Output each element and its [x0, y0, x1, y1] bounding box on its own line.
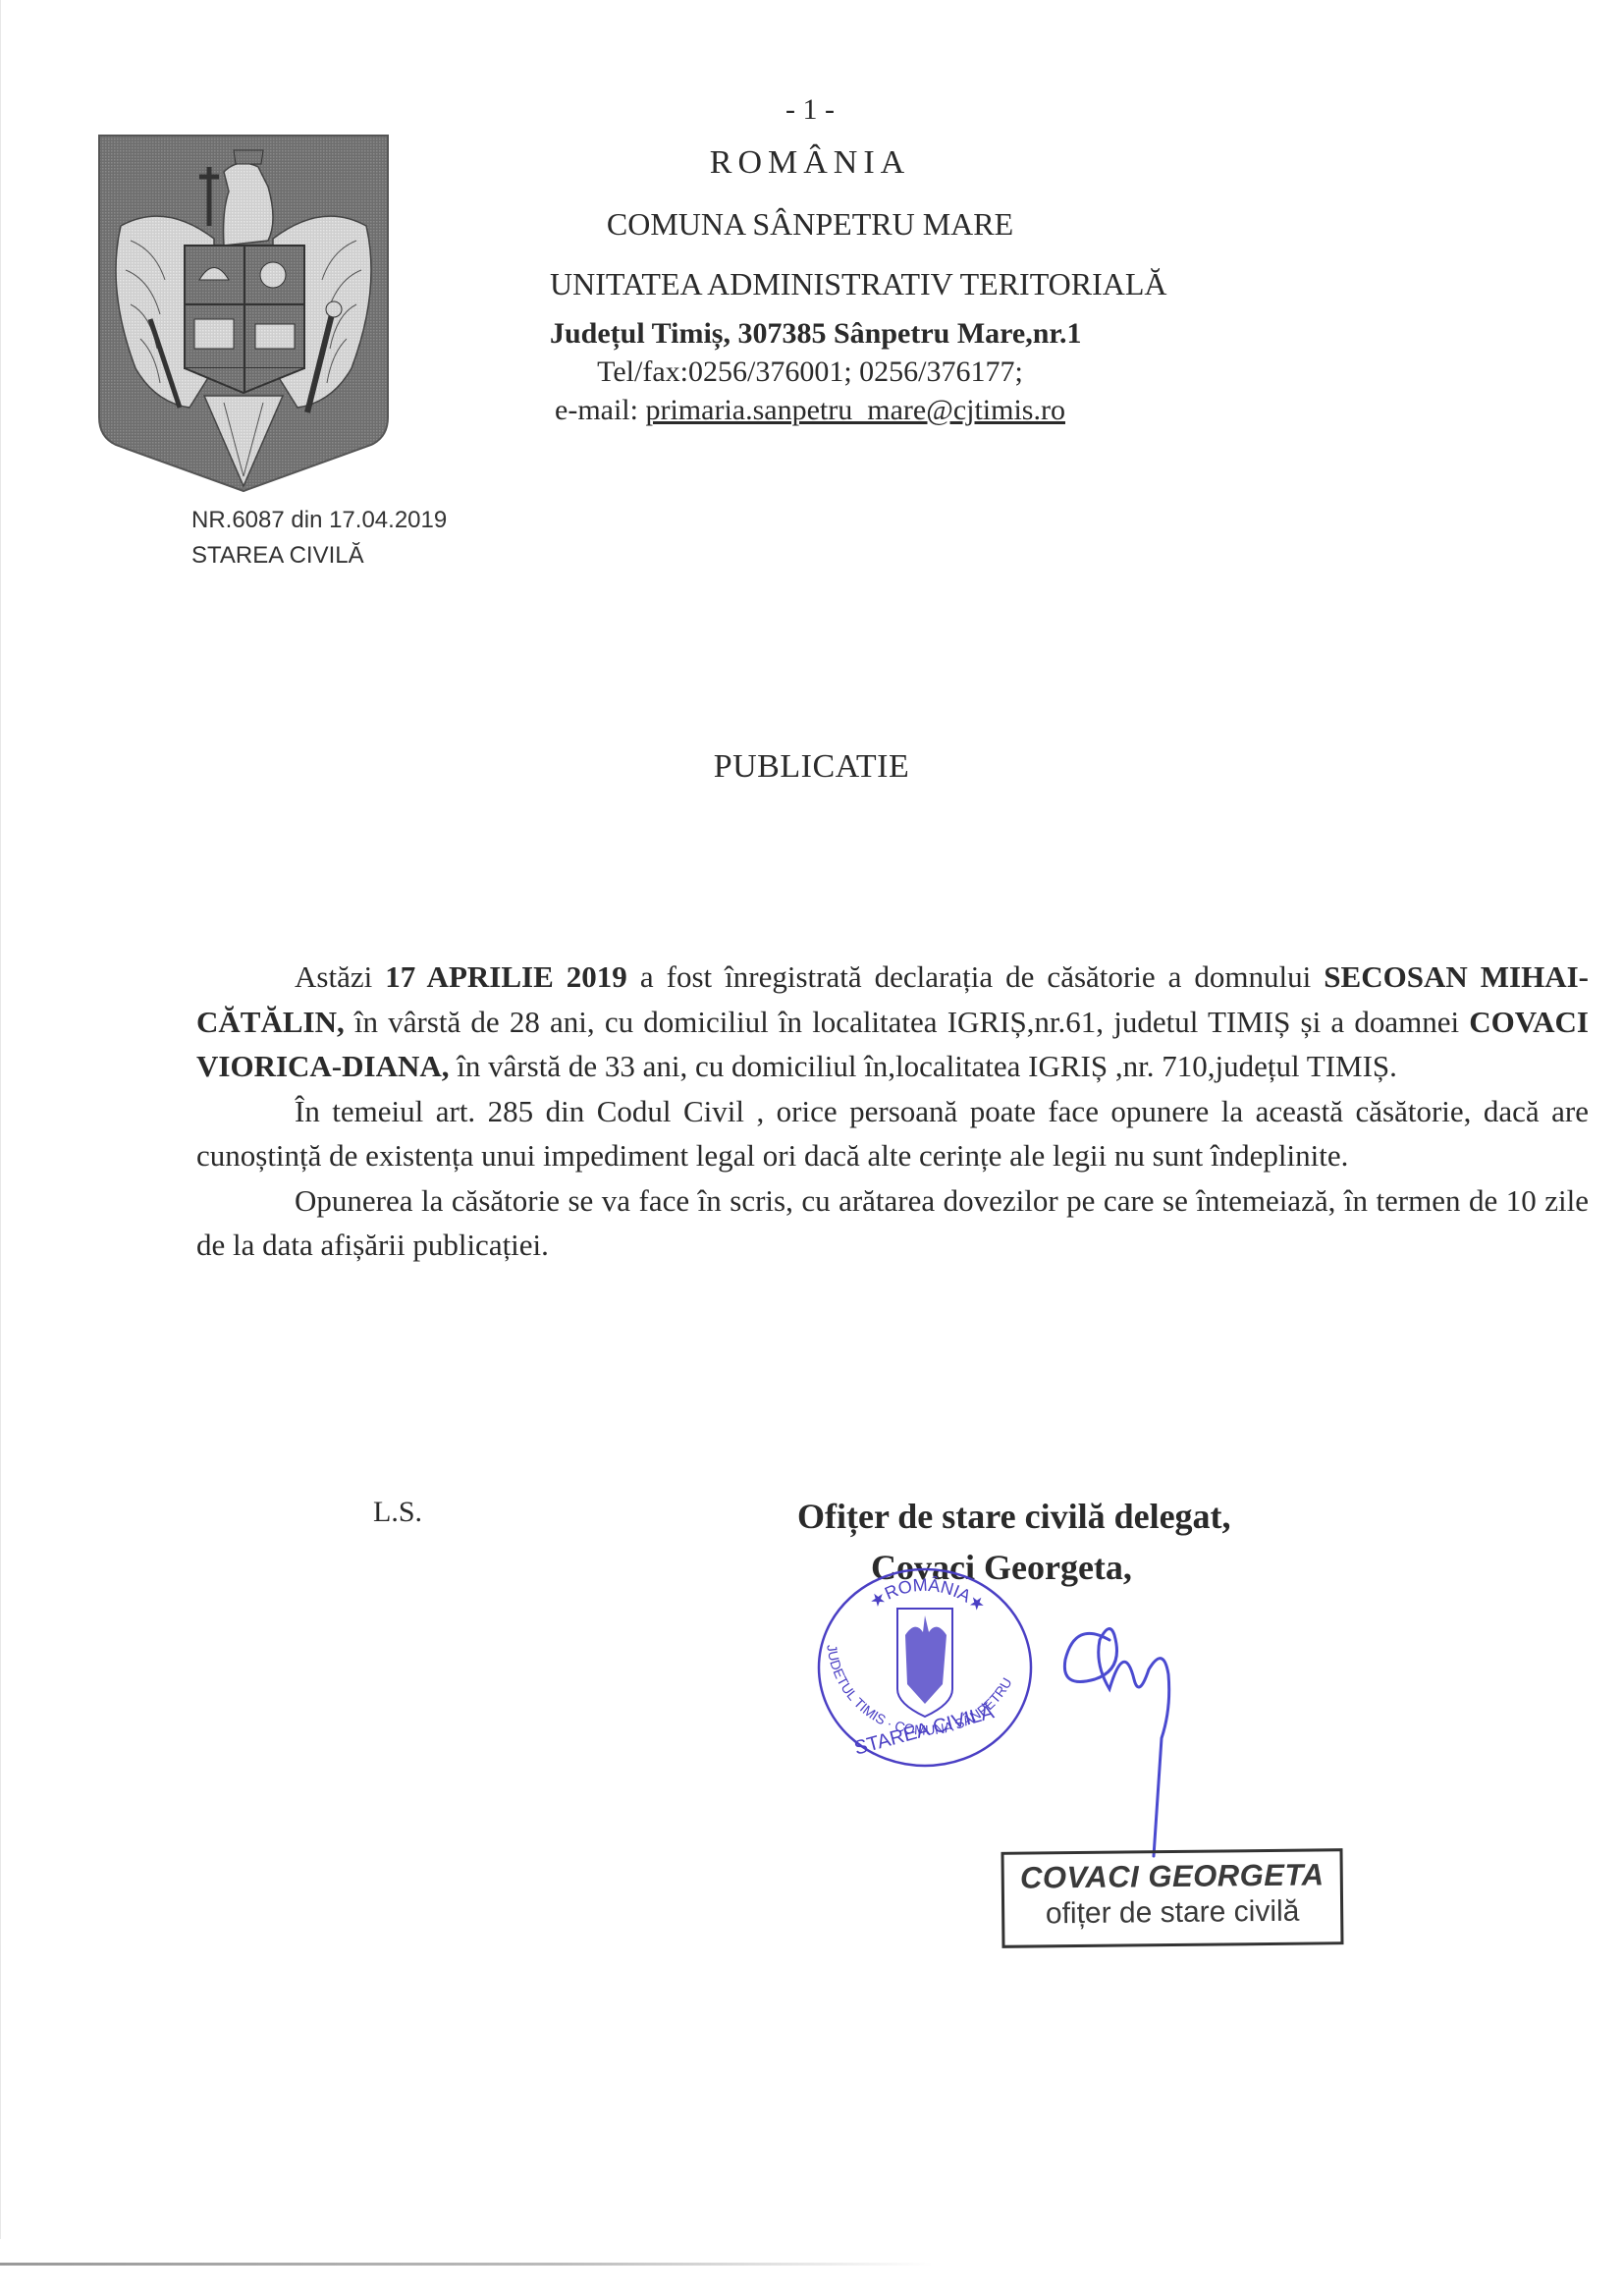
document-body: Astăzi 17 APRILIE 2019 a fost înregistra… — [196, 955, 1589, 1268]
department: STAREA CIVILĂ — [191, 538, 447, 574]
registration-number: NR.6087 din 17.04.2019 — [191, 503, 447, 538]
document-title: PUBLICATIE — [0, 748, 1623, 786]
stamp-officer-role: ofițer de stare civilă — [1004, 1894, 1340, 1932]
text: în vârstă de 33 ani, cu domiciliul în,lo… — [449, 1049, 1396, 1083]
scan-artifact-line — [0, 2263, 933, 2266]
officer-title: Ofițer de stare civilă delegat, — [797, 1497, 1231, 1536]
officer-name-stamp: COVACI GEORGETA ofițer de stare civilă — [1001, 1848, 1343, 1948]
unit-heading: UNITATEA ADMINISTRATIV TERITORIALĂ — [550, 254, 1070, 313]
reference-block: NR.6087 din 17.04.2019 STAREA CIVILĂ — [191, 503, 447, 574]
text: a fost înregistrată declarația de căsăto… — [627, 959, 1325, 994]
official-stamp-icon: ★ROMÂNIA★ JUDETUL TIMIS · COMUNA SÂNPETR… — [807, 1561, 1043, 1773]
email-link[interactable]: primaria.sanpetru_mare@cjtimis.ro — [645, 394, 1065, 426]
phone-fax: Tel/fax:0256/376001; 0256/376177; — [550, 355, 1070, 390]
text: Astăzi — [295, 959, 385, 994]
letterhead: - 1 - ROMÂNIA COMUNA SÂNPETRU MARE UNITA… — [550, 93, 1070, 431]
address: Județul Timiș, 307385 Sânpetru Mare,nr.1 — [550, 313, 1070, 355]
stamp-officer-name: COVACI GEORGETA — [1004, 1857, 1340, 1896]
romania-coat-of-arms-icon — [95, 133, 392, 494]
email-label: e-mail: — [555, 394, 645, 426]
scan-edge — [0, 0, 1, 2239]
email-line: e-mail: primaria.sanpetru_mare@cjtimis.r… — [550, 390, 1070, 431]
locus-sigilli: L.S. — [373, 1496, 422, 1529]
declaration-date: 17 APRILIE 2019 — [385, 959, 627, 994]
paragraph-legal-basis: În temeiul art. 285 din Codul Civil , or… — [196, 1089, 1589, 1178]
page-number: - 1 - — [550, 93, 1070, 133]
commune-heading: COMUNA SÂNPETRU MARE — [550, 193, 1070, 254]
text: în vârstă de 28 ani, cu domiciliul în lo… — [345, 1005, 1470, 1039]
handwritten-signature-icon — [1055, 1601, 1213, 1866]
country-heading: ROMÂNIA — [550, 133, 1070, 193]
paragraph-opposition: Opunerea la căsătorie se va face în scri… — [196, 1178, 1589, 1268]
paragraph-declaration: Astăzi 17 APRILIE 2019 a fost înregistra… — [196, 955, 1589, 1089]
